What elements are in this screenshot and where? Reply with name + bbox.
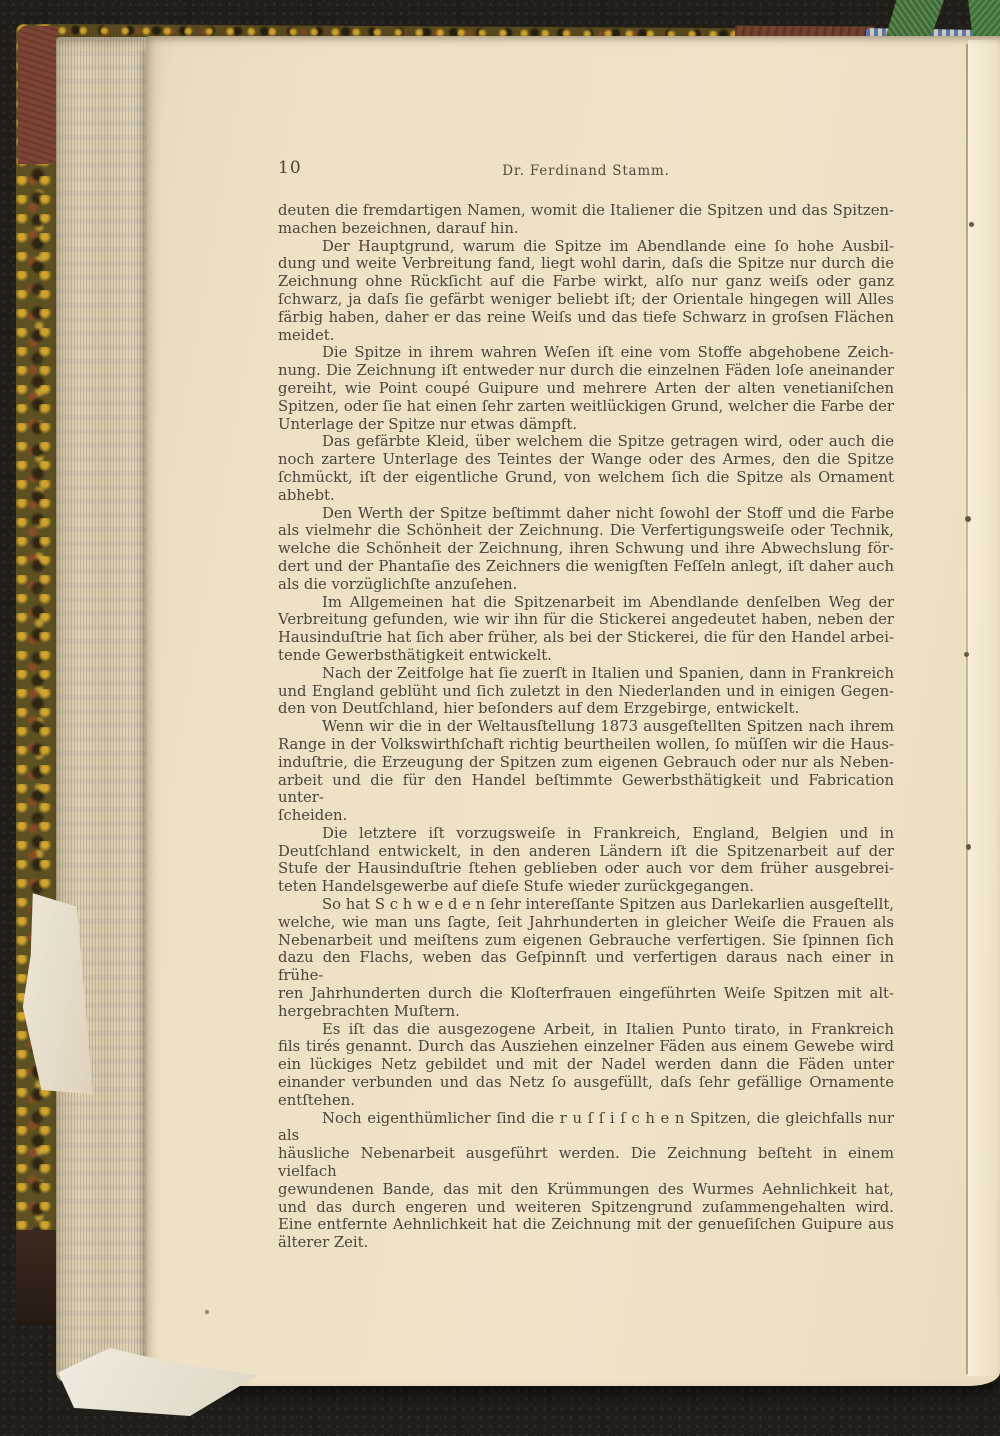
text-line: Spitzen, oder ſie hat einen ſehr zarten … bbox=[278, 398, 894, 416]
text-line: induſtrie, die Erzeugung der Spitzen zum… bbox=[278, 754, 894, 772]
text-line: Der Hauptgrund, warum die Spitze im Aben… bbox=[278, 238, 894, 256]
text-line: Stufe der Hausinduſtrie ſtehen geblieben… bbox=[278, 860, 894, 878]
text-line: welche, wie man uns ſagte, ſeit Jahrhund… bbox=[278, 914, 894, 932]
text-line: welche die Schönheit der Zeichnung, ihre… bbox=[278, 540, 894, 558]
text-line: gereiht, wie Point coupé Guipure und meh… bbox=[278, 380, 894, 398]
text-line: ein lückiges Netz gebildet und mit der N… bbox=[278, 1056, 894, 1074]
text-line: machen bezeichnen, darauf hin. bbox=[278, 220, 894, 238]
text-line: tende Gewerbsthätigkeit entwickelt. bbox=[278, 647, 894, 665]
text-line: Die Spitze in ihrem wahren Weſen iſt ein… bbox=[278, 344, 894, 362]
text-line: häusliche Nebenarbeit ausgeführt werden.… bbox=[278, 1145, 894, 1181]
text-line: dert und der Phantaſie des Zeichners die… bbox=[278, 558, 894, 576]
scanned-book-page: 10 Dr. Ferdinand Stamm. deuten die fremd… bbox=[0, 0, 1000, 1436]
text-line: meidet. bbox=[278, 327, 894, 345]
running-header: Dr. Ferdinand Stamm. bbox=[278, 163, 894, 179]
text-line: Unterlage der Spitze nur etwas dämpft. bbox=[278, 416, 894, 434]
text-line: Im Allgemeinen hat die Spitzenarbeit im … bbox=[278, 594, 894, 612]
text-line: ſchwarz, ja daſs ſie gefärbt weniger bel… bbox=[278, 291, 894, 309]
text-line: ſcheiden. bbox=[278, 807, 894, 825]
text-line: Deutſchland entwickelt, in den anderen L… bbox=[278, 843, 894, 861]
text-line: So hat S c h w e d e n ſehr intereſſante… bbox=[278, 896, 894, 914]
text-line: als vielmehr die Schönheit der Zeichnung… bbox=[278, 522, 894, 540]
text-line: älterer Zeit. bbox=[278, 1234, 894, 1252]
body-text: deuten die fremdartigen Namen, womit die… bbox=[278, 202, 894, 1252]
text-line: Zeichnung ohne Rückſicht auf die Farbe w… bbox=[278, 273, 894, 291]
text-line: noch zartere Unterlage des Teintes der W… bbox=[278, 451, 894, 469]
text-line: und das durch engeren und weiteren Spitz… bbox=[278, 1199, 894, 1217]
text-line: ſchmückt, iſt der eigentliche Grund, von… bbox=[278, 469, 894, 487]
text-line: Nach der Zeitfolge hat ſie zuerſt in Ita… bbox=[278, 665, 894, 683]
text-line: Das gefärbte Kleid, über welchem die Spi… bbox=[278, 433, 894, 451]
text-line: Eine entfernte Aehnlichkeit hat die Zeic… bbox=[278, 1216, 894, 1234]
page-stack-fore-edge bbox=[56, 37, 148, 1382]
text-line: Hausinduſtrie hat ſich aber früher, als … bbox=[278, 629, 894, 647]
text-line: teten Handelsgewerbe auf dieſe Stufe wie… bbox=[278, 878, 894, 896]
text-line: fils tirés genannt. Durch das Ausziehen … bbox=[278, 1038, 894, 1056]
text-line: arbeit und die für den Handel beſtimmte … bbox=[278, 772, 894, 808]
text-line: und England geblüht und ſich zuletzt in … bbox=[278, 683, 894, 701]
text-line: gewundenen Bande, das mit den Krümmungen… bbox=[278, 1181, 894, 1199]
text-line: einander verbunden und das Netz ſo ausge… bbox=[278, 1074, 894, 1092]
text-line: den von Deutſchland, hier beſonders auf … bbox=[278, 700, 894, 718]
text-line: färbig haben, daher er das reine Weiſs u… bbox=[278, 309, 894, 327]
speck bbox=[964, 652, 969, 657]
text-line: abhebt. bbox=[278, 487, 894, 505]
page-right-edge bbox=[968, 40, 1000, 1376]
speck bbox=[965, 516, 971, 522]
text-line: Verbreitung gefunden, wie wir ihn für di… bbox=[278, 611, 894, 629]
text-line: Es iſt das die ausgezogene Arbeit, in It… bbox=[278, 1021, 894, 1039]
speck bbox=[966, 844, 971, 850]
text-line: Range in der Volkswirthſchaft richtig be… bbox=[278, 736, 894, 754]
text-line: Nebenarbeit und meiſtens zum eigenen Geb… bbox=[278, 932, 894, 950]
text-line: entſtehen. bbox=[278, 1092, 894, 1110]
text-line: Die letztere iſt vorzugsweiſe in Frankre… bbox=[278, 825, 894, 843]
text-line: hergebrachten Muſtern. bbox=[278, 1003, 894, 1021]
text-line: nung. Die Zeichnung iſt entweder nur dur… bbox=[278, 362, 894, 380]
text-line: dung und weite Verbreitung fand, liegt w… bbox=[278, 255, 894, 273]
text-line: Den Werth der Spitze beſtimmt daher nich… bbox=[278, 505, 894, 523]
text-line: Noch eigenthümlicher ſind die r u ſ ſ i … bbox=[278, 1110, 894, 1146]
speck bbox=[969, 222, 974, 227]
speck bbox=[205, 1310, 209, 1314]
text-line: deuten die fremdartigen Namen, womit die… bbox=[278, 202, 894, 220]
text-line: als die vorzüglichſte anzuſehen. bbox=[278, 576, 894, 594]
text-line: ren Jahrhunderten durch die Kloſterfraue… bbox=[278, 985, 894, 1003]
text-line: dazu den Flachs, weben das Geſpinnſt und… bbox=[278, 949, 894, 985]
text-line: Wenn wir die in der Weltausſtellung 1873… bbox=[278, 718, 894, 736]
